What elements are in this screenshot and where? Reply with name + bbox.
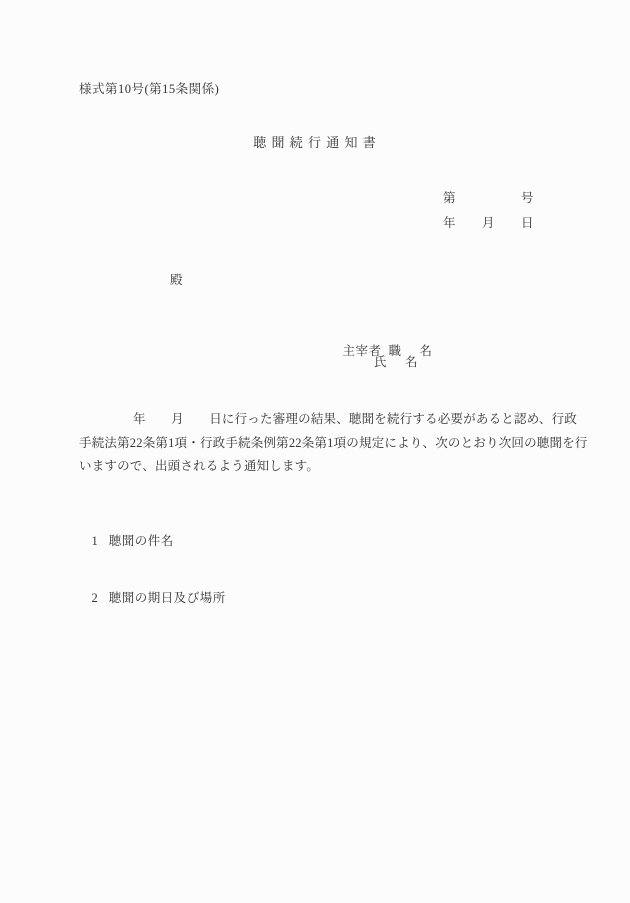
item-1-number: 1 bbox=[92, 534, 98, 548]
form-number: 様式第10号(第15条関係) bbox=[79, 82, 219, 96]
body-line-3: いますので、出頭されるよう通知します。 bbox=[79, 455, 579, 479]
document-date-line: 年 月 日 bbox=[443, 216, 534, 230]
item-2-label: 聴聞の期日及び場所 bbox=[109, 591, 226, 605]
body-line-1: 年 月 日に行った審理の結果、聴聞を続行する必要があると認め、行政 bbox=[79, 408, 579, 432]
body-paragraph: 年 月 日に行った審理の結果、聴聞を続行する必要があると認め、行政 手続法第22… bbox=[79, 408, 579, 479]
item-1-label: 聴聞の件名 bbox=[109, 534, 174, 548]
addressee-honorific: 殿 bbox=[170, 273, 183, 287]
document-title: 聴 聞 続 行 通 知 書 bbox=[0, 136, 630, 150]
list-item-hearing-date-place: 2聴聞の期日及び場所 bbox=[79, 573, 226, 621]
item-2-number: 2 bbox=[92, 591, 98, 605]
presider-name-label: 氏 名 bbox=[374, 355, 421, 369]
document-page: 様式第10号(第15条関係) 聴 聞 続 行 通 知 書 第 号 年 月 日 殿… bbox=[0, 0, 630, 903]
document-number-line: 第 号 bbox=[443, 191, 534, 205]
body-line-2: 手続法第22条第1項・行政手続条例第22条第1項の規定により、次のとおり次回の聴… bbox=[79, 432, 579, 456]
list-item-hearing-subject: 1聴聞の件名 bbox=[79, 516, 174, 564]
